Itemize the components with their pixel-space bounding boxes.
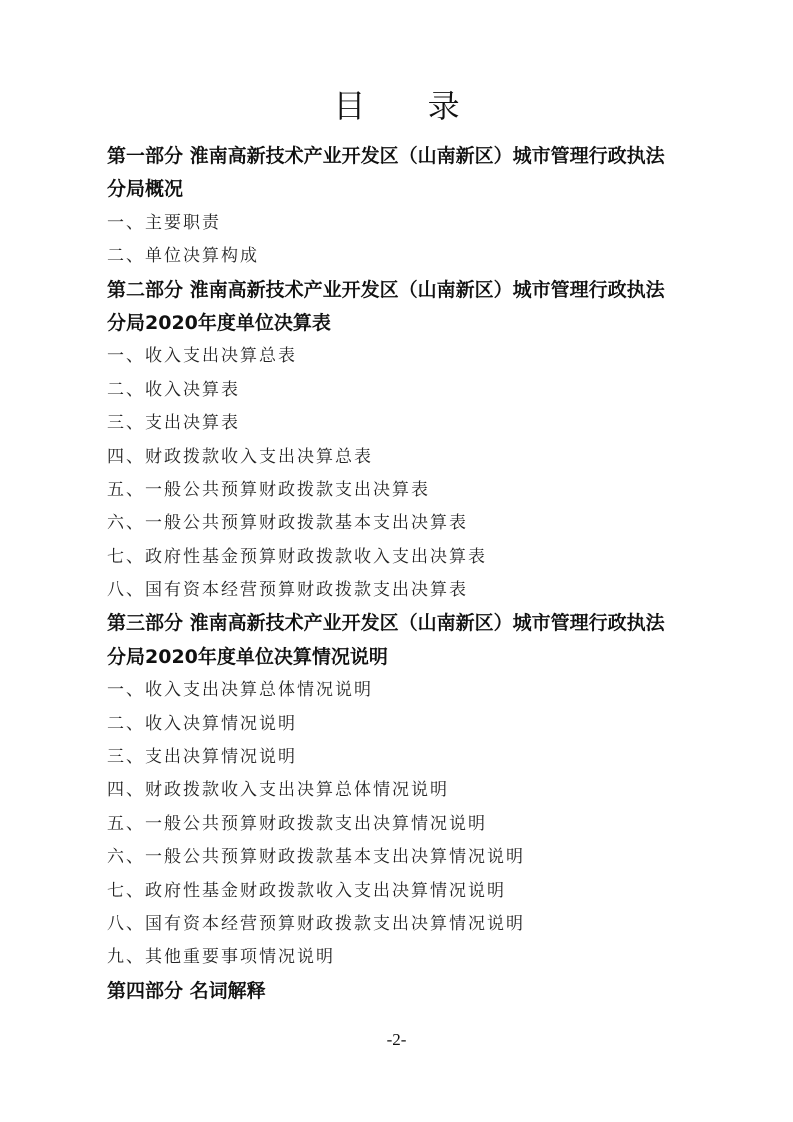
toc-item[interactable]: 三、支出决算情况说明 (107, 741, 717, 774)
toc-part-1-heading[interactable]: 第一部分 淮南高新技术产业开发区（山南新区）城市管理行政执法 (107, 140, 717, 173)
page-title: 目 录 (0, 84, 793, 128)
toc-item[interactable]: 四、财政拨款收入支出决算总表 (107, 441, 717, 474)
toc-part-1-heading-cont[interactable]: 分局概况 (107, 173, 717, 206)
toc-part-3-heading[interactable]: 第三部分 淮南高新技术产业开发区（山南新区）城市管理行政执法 (107, 607, 717, 640)
toc-part-2-heading[interactable]: 第二部分 淮南高新技术产业开发区（山南新区）城市管理行政执法 (107, 274, 717, 307)
toc-item[interactable]: 一、收入支出决算总体情况说明 (107, 674, 717, 707)
toc-item[interactable]: 八、国有资本经营预算财政拨款支出决算表 (107, 574, 717, 607)
toc-item[interactable]: 九、其他重要事项情况说明 (107, 941, 717, 974)
toc-item[interactable]: 七、政府性基金预算财政拨款收入支出决算表 (107, 541, 717, 574)
toc-part-3-heading-cont[interactable]: 分局2020年度单位决算情况说明 (107, 641, 717, 674)
toc-item[interactable]: 一、收入支出决算总表 (107, 340, 717, 373)
toc-item[interactable]: 三、支出决算表 (107, 407, 717, 440)
toc-item[interactable]: 七、政府性基金财政拨款收入支出决算情况说明 (107, 875, 717, 908)
toc-part-4-heading[interactable]: 第四部分 名词解释 (107, 975, 717, 1008)
toc-part-2-heading-cont[interactable]: 分局2020年度单位决算表 (107, 307, 717, 340)
toc-item[interactable]: 八、国有资本经营预算财政拨款支出决算情况说明 (107, 908, 717, 941)
toc-item[interactable]: 二、收入决算情况说明 (107, 708, 717, 741)
toc-item[interactable]: 五、一般公共预算财政拨款支出决算表 (107, 474, 717, 507)
toc-item[interactable]: 五、一般公共预算财政拨款支出决算情况说明 (107, 808, 717, 841)
page-number: -2- (0, 1030, 793, 1050)
toc-item[interactable]: 六、一般公共预算财政拨款基本支出决算情况说明 (107, 841, 717, 874)
table-of-contents: 第一部分 淮南高新技术产业开发区（山南新区）城市管理行政执法 分局概况 一、主要… (107, 140, 717, 1008)
toc-item[interactable]: 六、一般公共预算财政拨款基本支出决算表 (107, 507, 717, 540)
toc-item[interactable]: 二、收入决算表 (107, 374, 717, 407)
toc-item[interactable]: 一、主要职责 (107, 207, 717, 240)
toc-item[interactable]: 二、单位决算构成 (107, 240, 717, 273)
toc-item[interactable]: 四、财政拨款收入支出决算总体情况说明 (107, 774, 717, 807)
